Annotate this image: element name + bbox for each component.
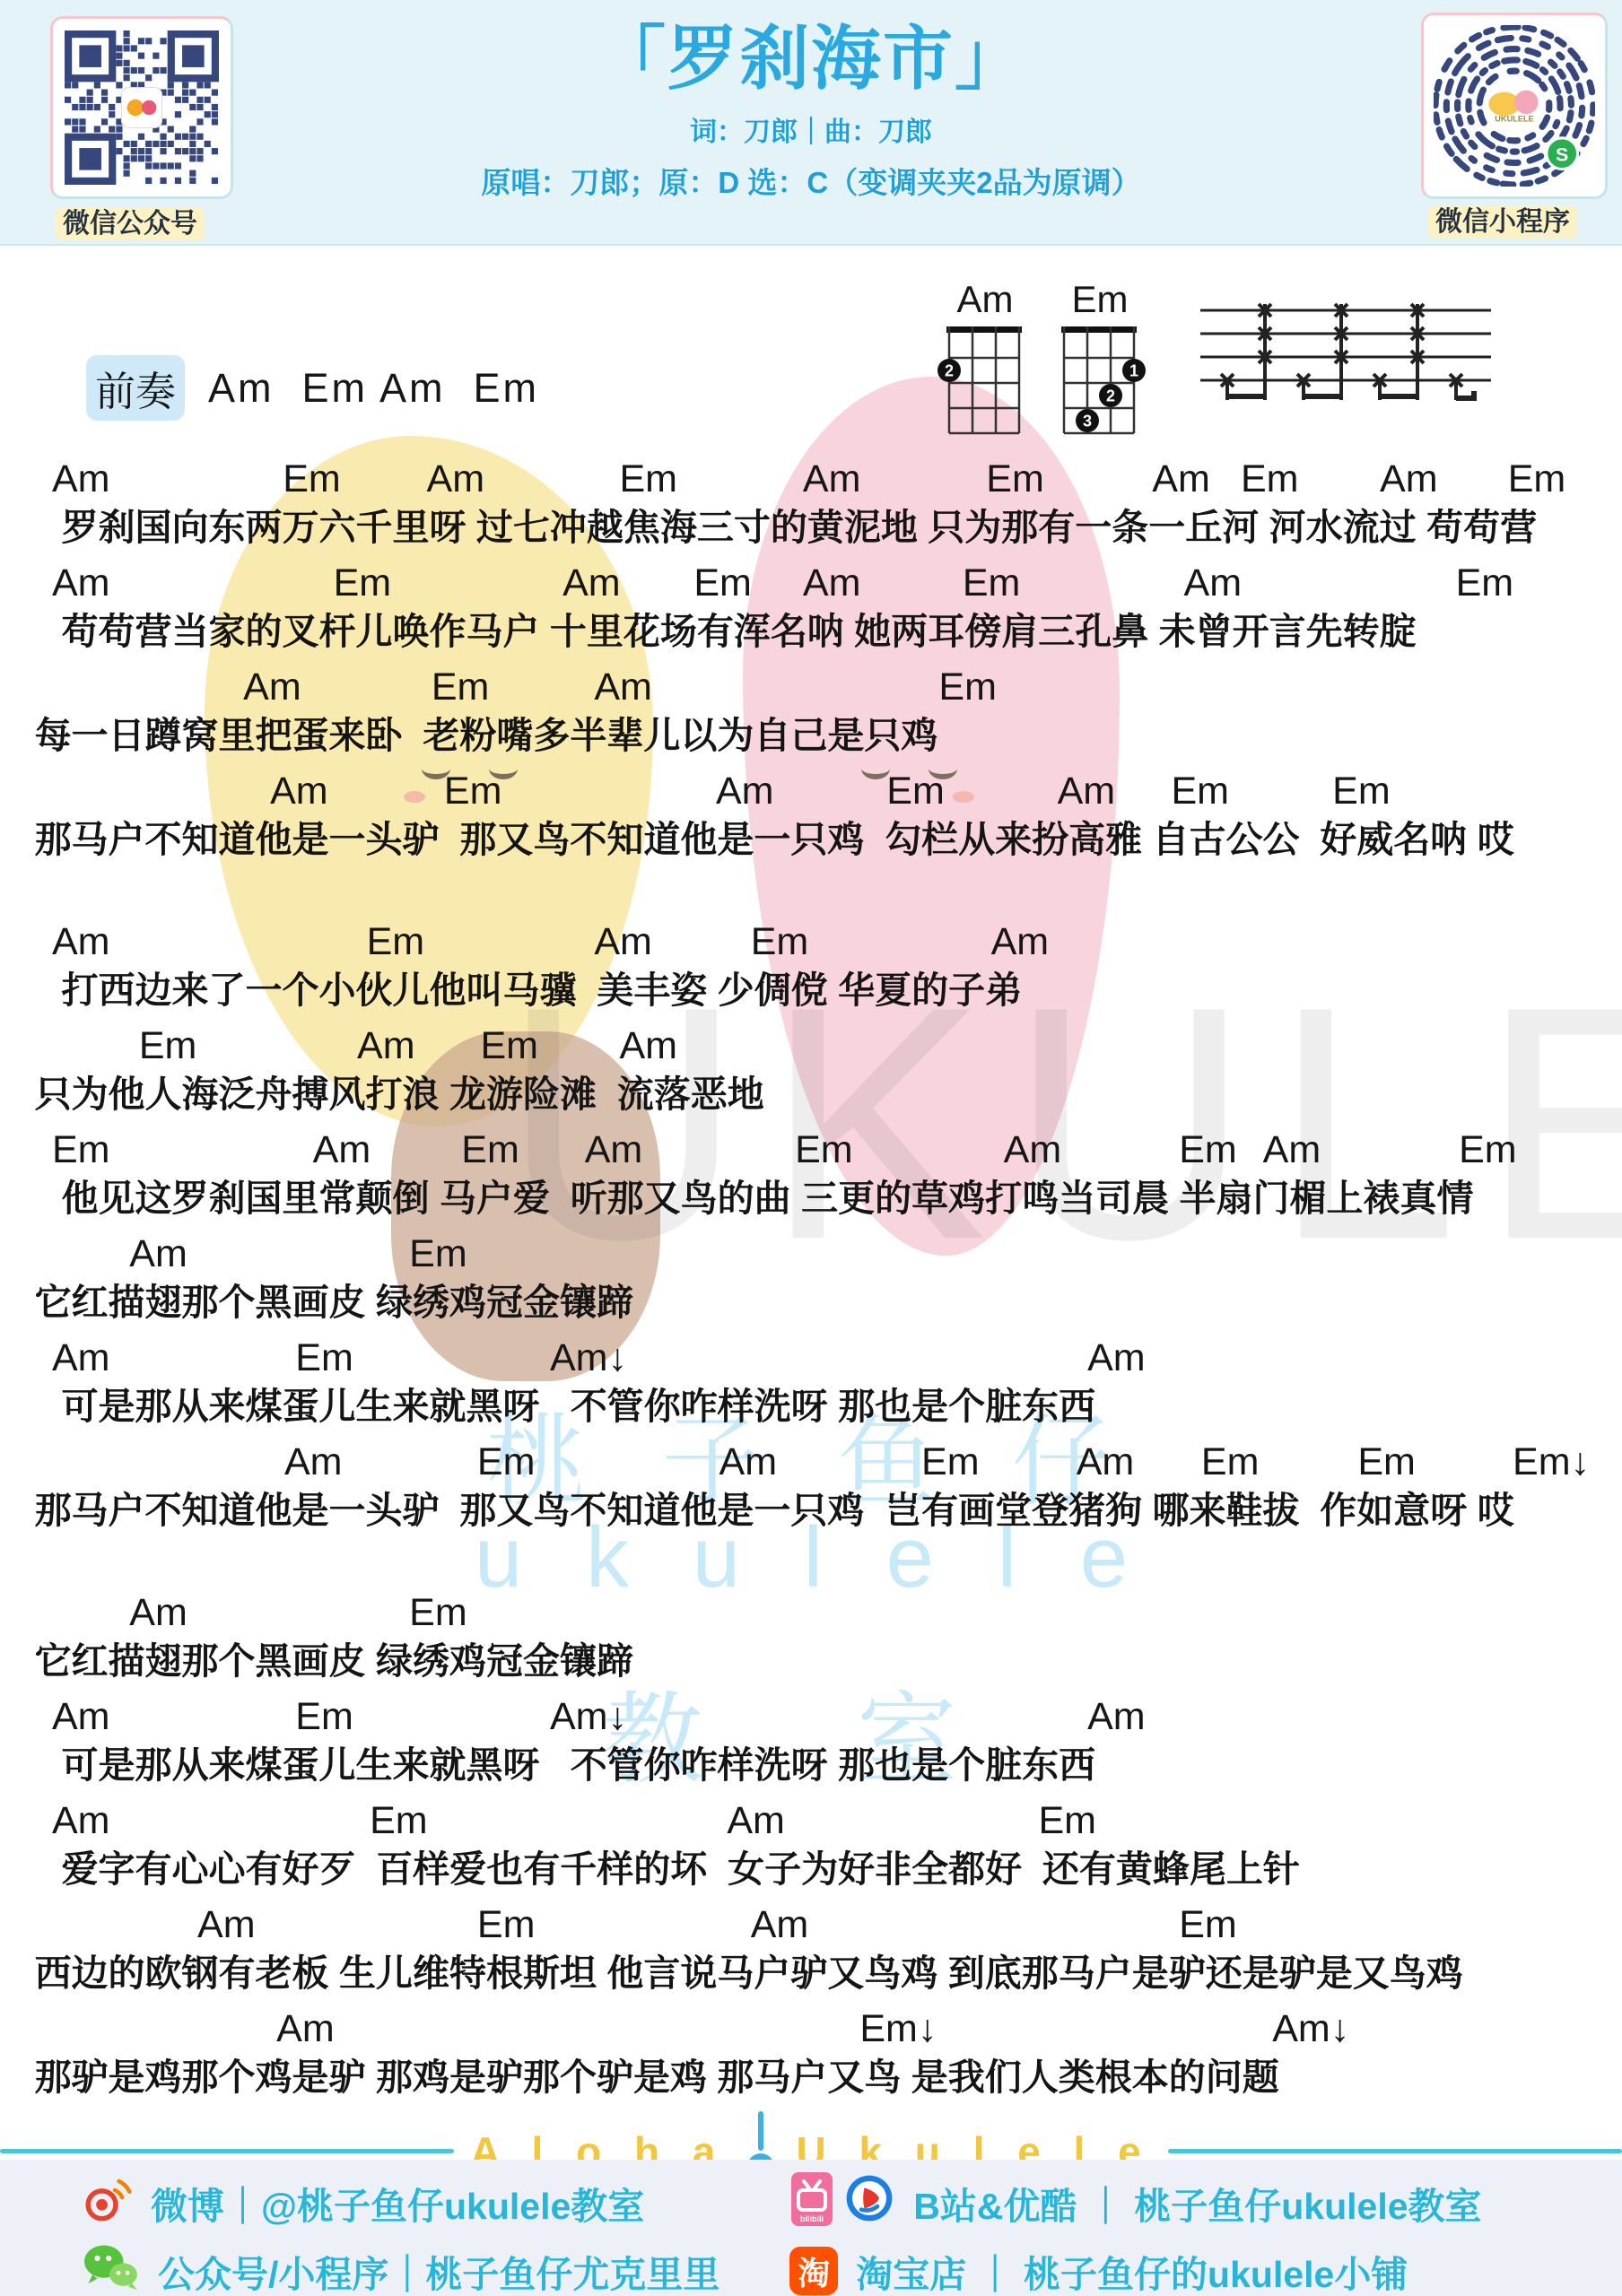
chord-label: Am [129, 1233, 187, 1274]
chord-row: AmEmAmEm [25, 1899, 1606, 1945]
chord-label: Am [991, 921, 1050, 962]
strum-pattern-tab [1195, 300, 1496, 415]
chord-label: Em [963, 562, 1021, 604]
chord-label: Em↓ [859, 2008, 937, 2049]
svg-text:S: S [1556, 143, 1568, 165]
lyric-text: 可是那从来煤蛋儿生来就黑呀 不管你咋样洗呀 那也是个脏东西 [25, 1378, 1606, 1436]
chord-label: Am [52, 1800, 110, 1841]
lyric-line: AmEmAm↓Am可是那从来煤蛋儿生来就黑呀 不管你咋样洗呀 那也是个脏东西 [25, 1332, 1606, 1436]
lyric-line: AmEmAmEmAmEmEmEm↓那马户不知道他是一头驴 那又鸟不知道他是一只鸡… [25, 1436, 1606, 1540]
svg-text:UKULELE: UKULELE [1495, 114, 1533, 123]
chord-label: Em [1508, 458, 1566, 500]
svg-text:3: 3 [1083, 413, 1092, 430]
wechat-miniprogram-qr-code: UKULELES [1421, 13, 1608, 199]
chord-row: AmEmAmEm [25, 661, 1606, 708]
chord-row: AmEmAmEmAmEmAmEm [25, 557, 1606, 604]
lyric-line: EmAmEmAm只为他人海泛舟搏风打浪 龙游险滩 流落恶地 [25, 1020, 1606, 1124]
intro-chords: Am Em Am Em [208, 365, 539, 412]
footer-wechat-text: 公众号/小程序｜桃子鱼仔尤克里里 [158, 2245, 719, 2296]
chord-label: Am [276, 2008, 335, 2049]
chord-label: Em [432, 666, 490, 708]
chord-sheet-page: 微信公众号 「罗刹海市」 词：刀郎｜曲：刀郎 原唱：刀郎；原：D 选：C（变调夹… [0, 0, 1622, 2296]
chord-row: AmEmAmEmAm [25, 916, 1606, 962]
lyric-line: AmEmAmEm西边的欧钢有老板 生儿维特根斯坦 他言说马户驴又鸟鸡 到底那马户… [25, 1899, 1606, 2003]
chord-label: Em [986, 458, 1044, 500]
chord-row: AmEm [25, 1228, 1606, 1274]
chord-label: Am [357, 1025, 415, 1066]
lyric-text: 西边的欧钢有老板 生儿维特根斯坦 他言说马户驴又鸟鸡 到底那马户是驴还是驴是又鸟… [25, 1945, 1606, 2003]
chord-diagram-am: Am 2 [935, 278, 1035, 446]
chord-label: Am [803, 562, 861, 604]
svg-text:bilibili: bilibili [800, 2214, 824, 2223]
chord-label: Em [480, 1025, 538, 1066]
chord-label: Em [1332, 770, 1391, 812]
intro-row: 前奏 Am Em Am Em [86, 355, 539, 421]
chord-name: Am [935, 278, 1035, 321]
chord-label: Em [1179, 1129, 1237, 1170]
intro-label: 前奏 [86, 355, 185, 421]
lyric-text: 它红描翅那个黑画皮 绿绣鸡冠金镶蹄 [25, 1274, 1606, 1332]
page-title: 「罗刹海市」 [0, 20, 1622, 97]
svg-text:1: 1 [1129, 362, 1138, 380]
bilibili-icon: bilibili [789, 2169, 834, 2237]
lyric-line: AmEmAmEmAmEmEm那马户不知道他是一头驴 那又鸟不知道他是一只鸡 勾栏… [25, 765, 1606, 869]
chord-row: EmAmEmAmEmAmEmAmEm [25, 1124, 1606, 1170]
lyric-line: AmEmAmEm爱字有心心有好歹 百样爱也有千样的坏 女子为好非全都好 还有黄蜂… [25, 1795, 1606, 1899]
lyric-text: 只为他人海泛舟搏风打浪 龙游险滩 流落恶地 [25, 1066, 1606, 1124]
chord-label: Am [716, 770, 774, 812]
chord-label: Am [1184, 562, 1243, 604]
chord-label: Em [1171, 770, 1229, 812]
lyric-line: AmEm它红描翅那个黑画皮 绿绣鸡冠金镶蹄 [25, 1587, 1606, 1691]
chord-label: Am [52, 1696, 110, 1737]
chord-label: Em [283, 458, 341, 500]
chord-label: Am [284, 1441, 343, 1483]
svg-text:2: 2 [945, 362, 954, 380]
lyric-text: 苟苟营当家的叉杆儿唤作马户 十里花场有浑名呐 她两耳傍肩三孔鼻 未曾开言先转腚 [25, 604, 1606, 661]
lyric-text: 它红描翅那个黑画皮 绿绣鸡冠金镶蹄 [25, 1633, 1606, 1691]
footer: 微博｜@桃子鱼仔ukulele教室 bilibili [0, 2160, 1622, 2296]
chord-label: Em [409, 1592, 467, 1633]
credits-line: 词：刀郎｜曲：刀郎 [0, 109, 1622, 149]
chord-label: Em [461, 1129, 519, 1170]
divider-line-right [1168, 2149, 1622, 2153]
chord-label: Em [751, 921, 809, 962]
chord-label: Em [1201, 1441, 1260, 1483]
chord-label: Am [727, 1800, 785, 1841]
chord-label: Am [1087, 1696, 1146, 1737]
chord-label: Am [1077, 1441, 1135, 1483]
chord-label: Am [562, 562, 621, 604]
chord-label: Em [1456, 562, 1514, 604]
chord-label: Am↓ [550, 1337, 627, 1378]
chord-label: Em [444, 770, 502, 812]
chord-label: Am [313, 1129, 371, 1170]
qr-left-label: 微信公众号 [56, 201, 205, 240]
chord-row: AmEmAmEm [25, 1795, 1606, 1841]
chord-label: Am [427, 458, 485, 500]
chord-label: Em [1179, 1904, 1237, 1945]
chord-label: Am [594, 921, 652, 962]
lyric-line: AmEm它红描翅那个黑画皮 绿绣鸡冠金镶蹄 [25, 1228, 1606, 1332]
chord-label: Am [1380, 458, 1438, 500]
chord-row: EmAmEmAm [25, 1020, 1606, 1066]
chord-row: AmEmAmEmAmEmEm [25, 765, 1606, 812]
lyric-text: 打西边来了一个小伙儿他叫马骥 美丰姿 少倜傥 华夏的子弟 [25, 962, 1606, 1020]
title-block: 「罗刹海市」 词：刀郎｜曲：刀郎 原唱：刀郎；原：D 选：C（变调夹夹2品为原调… [0, 0, 1622, 202]
chord-label: Am [1152, 458, 1210, 500]
chord-label: Em [620, 458, 678, 500]
prelude-zone: 前奏 Am Em Am Em Am 2 Em 123 [0, 269, 1622, 457]
chord-label: Em [1241, 458, 1299, 500]
chord-label: Am [52, 1337, 110, 1378]
lyric-text: 那马户不知道他是一头驴 那又鸟不知道他是一只鸡 勾栏从来扮高雅 自古公公 好威名… [25, 812, 1606, 869]
chord-label: Am [270, 770, 328, 812]
chord-label: Em [795, 1129, 853, 1170]
chord-label: Em [921, 1441, 980, 1483]
chord-label: Am [52, 458, 110, 500]
chord-label: Em [367, 921, 425, 962]
qr-right-label: 微信小程序 [1428, 199, 1577, 239]
chord-name: Em [1050, 278, 1150, 321]
chord-label: Am [197, 1904, 256, 1945]
footer-bilibili-youku-text: B站&优酷 ｜ 桃子鱼仔ukulele教室 [913, 2177, 1481, 2230]
divider-line-left [0, 2149, 454, 2153]
chord-label: Em [1459, 1129, 1517, 1170]
chord-label: Am [1263, 1129, 1321, 1170]
chord-label: Am [1087, 1337, 1146, 1378]
chord-row: AmEmAmEmAmEmAmEmAmEm [25, 453, 1606, 500]
chord-row: AmEm↓Am↓ [25, 2003, 1606, 2049]
lyric-line: AmEmAmEmAm打西边来了一个小伙儿他叫马骥 美丰姿 少倜傥 华夏的子弟 [25, 916, 1606, 1020]
miniprogram-code-icon: UKULELES [1434, 25, 1595, 187]
lyric-text: 每一日蹲窝里把蛋来卧 老粉嘴多半辈儿以为自己是只鸡 [25, 708, 1606, 765]
chord-label: Em [1357, 1441, 1416, 1483]
lyric-text: 可是那从来煤蛋儿生来就黑呀 不管你咋样洗呀 那也是个脏东西 [25, 1737, 1606, 1795]
chord-label: Em [693, 562, 752, 604]
lyric-line: AmEm↓Am↓那驴是鸡那个鸡是驴 那鸡是驴那个驴是鸡 那马户又鸟 是我们人类根… [25, 2003, 1606, 2107]
chord-label: Am [585, 1129, 643, 1170]
chord-row: AmEmAmEmAmEmEmEm↓ [25, 1436, 1606, 1483]
chord-label: Am [594, 666, 652, 708]
taobao-icon: 淘 [789, 2247, 838, 2295]
chord-row: AmEm [25, 1587, 1606, 1633]
footer-bilibili-youku: bilibili B站&优酷 ｜ 桃子鱼仔ukulele教室 [789, 2169, 1622, 2237]
chord-label: Am [751, 1904, 809, 1945]
chord-label: Am [1058, 770, 1116, 812]
chord-label: Am↓ [550, 1696, 627, 1737]
chord-label: Em [139, 1025, 197, 1066]
chord-label: Am [1004, 1129, 1062, 1170]
chord-label: Am [803, 458, 861, 500]
lyric-text: 他见这罗刹国里常颠倒 马户爱 听那又鸟的曲 三更的草鸡打鸣当司晨 半扇门楣上裱真… [25, 1170, 1606, 1228]
chord-label: Em [295, 1696, 353, 1737]
chord-label: Em [409, 1233, 467, 1274]
footer-taobao-text: 淘宝店 ｜ 桃子鱼仔的ukulele小铺 [856, 2245, 1408, 2296]
lyric-line: AmEmAmEmAmEmAmEmAmEm罗刹国向东两万六千里呀 过七冲越焦海三寸… [25, 453, 1606, 557]
chord-label: Em [886, 770, 945, 812]
lyrics-area: AmEmAmEmAmEmAmEmAmEm罗刹国向东两万六千里呀 过七冲越焦海三寸… [25, 453, 1606, 2107]
chord-label: Am [52, 562, 110, 604]
chord-label: Em [370, 1800, 428, 1841]
chord-label: Am [719, 1441, 778, 1483]
chord-label: Am [243, 666, 301, 708]
lyric-line: AmEmAmEm每一日蹲窝里把蛋来卧 老粉嘴多半辈儿以为自己是只鸡 [25, 661, 1606, 765]
chord-label: Em↓ [1513, 1441, 1590, 1483]
chord-label: Em [938, 666, 997, 708]
chord-label: Em [477, 1441, 536, 1483]
chord-row: AmEmAm↓Am [25, 1691, 1606, 1737]
lyric-text: 那马户不知道他是一头驴 那又鸟不知道他是一只鸡 岂有画堂登猪狗 哪来鞋拔 作如意… [25, 1483, 1606, 1540]
chord-label: Am [52, 921, 110, 962]
chord-label: Em [1038, 1800, 1096, 1841]
key-info-line: 原唱：刀郎；原：D 选：C（变调夹夹2品为原调） [0, 160, 1622, 202]
lyric-line: AmEmAm↓Am可是那从来煤蛋儿生来就黑呀 不管你咋样洗呀 那也是个脏东西 [25, 1691, 1606, 1795]
chord-label: Am [129, 1592, 187, 1633]
chord-label: Am [620, 1025, 678, 1066]
wechat-icon [81, 2240, 140, 2296]
lyric-line: AmEmAmEmAmEmAmEm苟苟营当家的叉杆儿唤作马户 十里花场有浑名呐 她… [25, 557, 1606, 661]
footer-wechat: 公众号/小程序｜桃子鱼仔尤克里里 [81, 2240, 789, 2296]
footer-weibo-text: 微博｜@桃子鱼仔ukulele教室 [151, 2177, 644, 2230]
lyric-text: 那驴是鸡那个鸡是驴 那鸡是驴那个驴是鸡 那马户又鸟 是我们人类根本的问题 [25, 2049, 1606, 2107]
chord-label: Em [52, 1129, 110, 1170]
chord-label: Em [334, 562, 392, 604]
lyric-text: 爱字有心心有好歹 百样爱也有千样的坏 女子为好非全都好 还有黄蜂尾上针 [25, 1841, 1606, 1899]
lyric-line: EmAmEmAmEmAmEmAmEm他见这罗刹国里常颠倒 马户爱 听那又鸟的曲 … [25, 1124, 1606, 1228]
lyric-text: 罗刹国向东两万六千里呀 过七冲越焦海三寸的黄泥地 只为那有一条一丘河 河水流过 … [25, 500, 1606, 557]
chord-row: AmEmAm↓Am [25, 1332, 1606, 1378]
chord-label: Em [295, 1337, 353, 1378]
chord-diagram-em: Em 123 [1050, 278, 1150, 446]
weibo-icon [81, 2172, 133, 2233]
footer-weibo: 微博｜@桃子鱼仔ukulele教室 [81, 2172, 789, 2233]
chord-label: Am↓ [1272, 2008, 1349, 2049]
header: 微信公众号 「罗刹海市」 词：刀郎｜曲：刀郎 原唱：刀郎；原：D 选：C（变调夹… [0, 0, 1622, 246]
svg-text:2: 2 [1106, 387, 1115, 405]
youku-icon [843, 2172, 895, 2233]
footer-taobao: 淘 淘宝店 ｜ 桃子鱼仔的ukulele小铺 [789, 2245, 1622, 2296]
chord-label: Em [477, 1904, 536, 1945]
